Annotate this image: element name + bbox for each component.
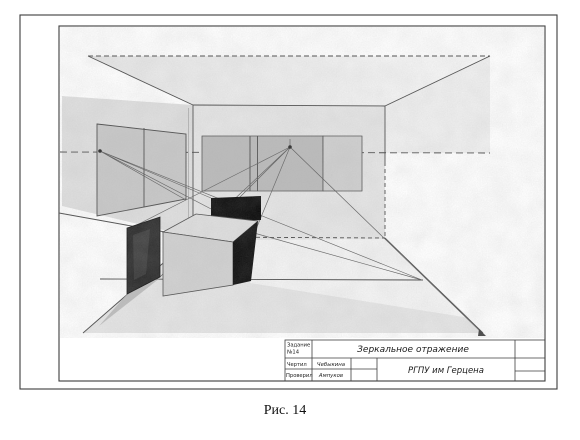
checked-by-label: Проверил — [286, 373, 313, 379]
perspective-drawing-figure: Задание №14 Зеркальное отражение Чертил … — [0, 0, 580, 440]
figure-caption: Рис. 14 — [264, 403, 307, 418]
drawn-by-label: Чертил — [287, 362, 307, 368]
drawing-title: Зеркальное отражение — [357, 345, 469, 355]
task-label: Задание — [287, 343, 310, 349]
organization-name: РГПУ им Герцена — [408, 366, 484, 376]
task-number: №14 — [287, 350, 300, 356]
checked-by-name: Ампуков — [318, 373, 343, 379]
scanned-figure-page: Задание №14 Зеркальное отражение Чертил … — [0, 0, 580, 440]
scan-noise — [59, 26, 545, 338]
drawn-by-name: Чебыкина — [317, 362, 345, 368]
title-block: Задание №14 Зеркальное отражение Чертил … — [285, 340, 545, 381]
